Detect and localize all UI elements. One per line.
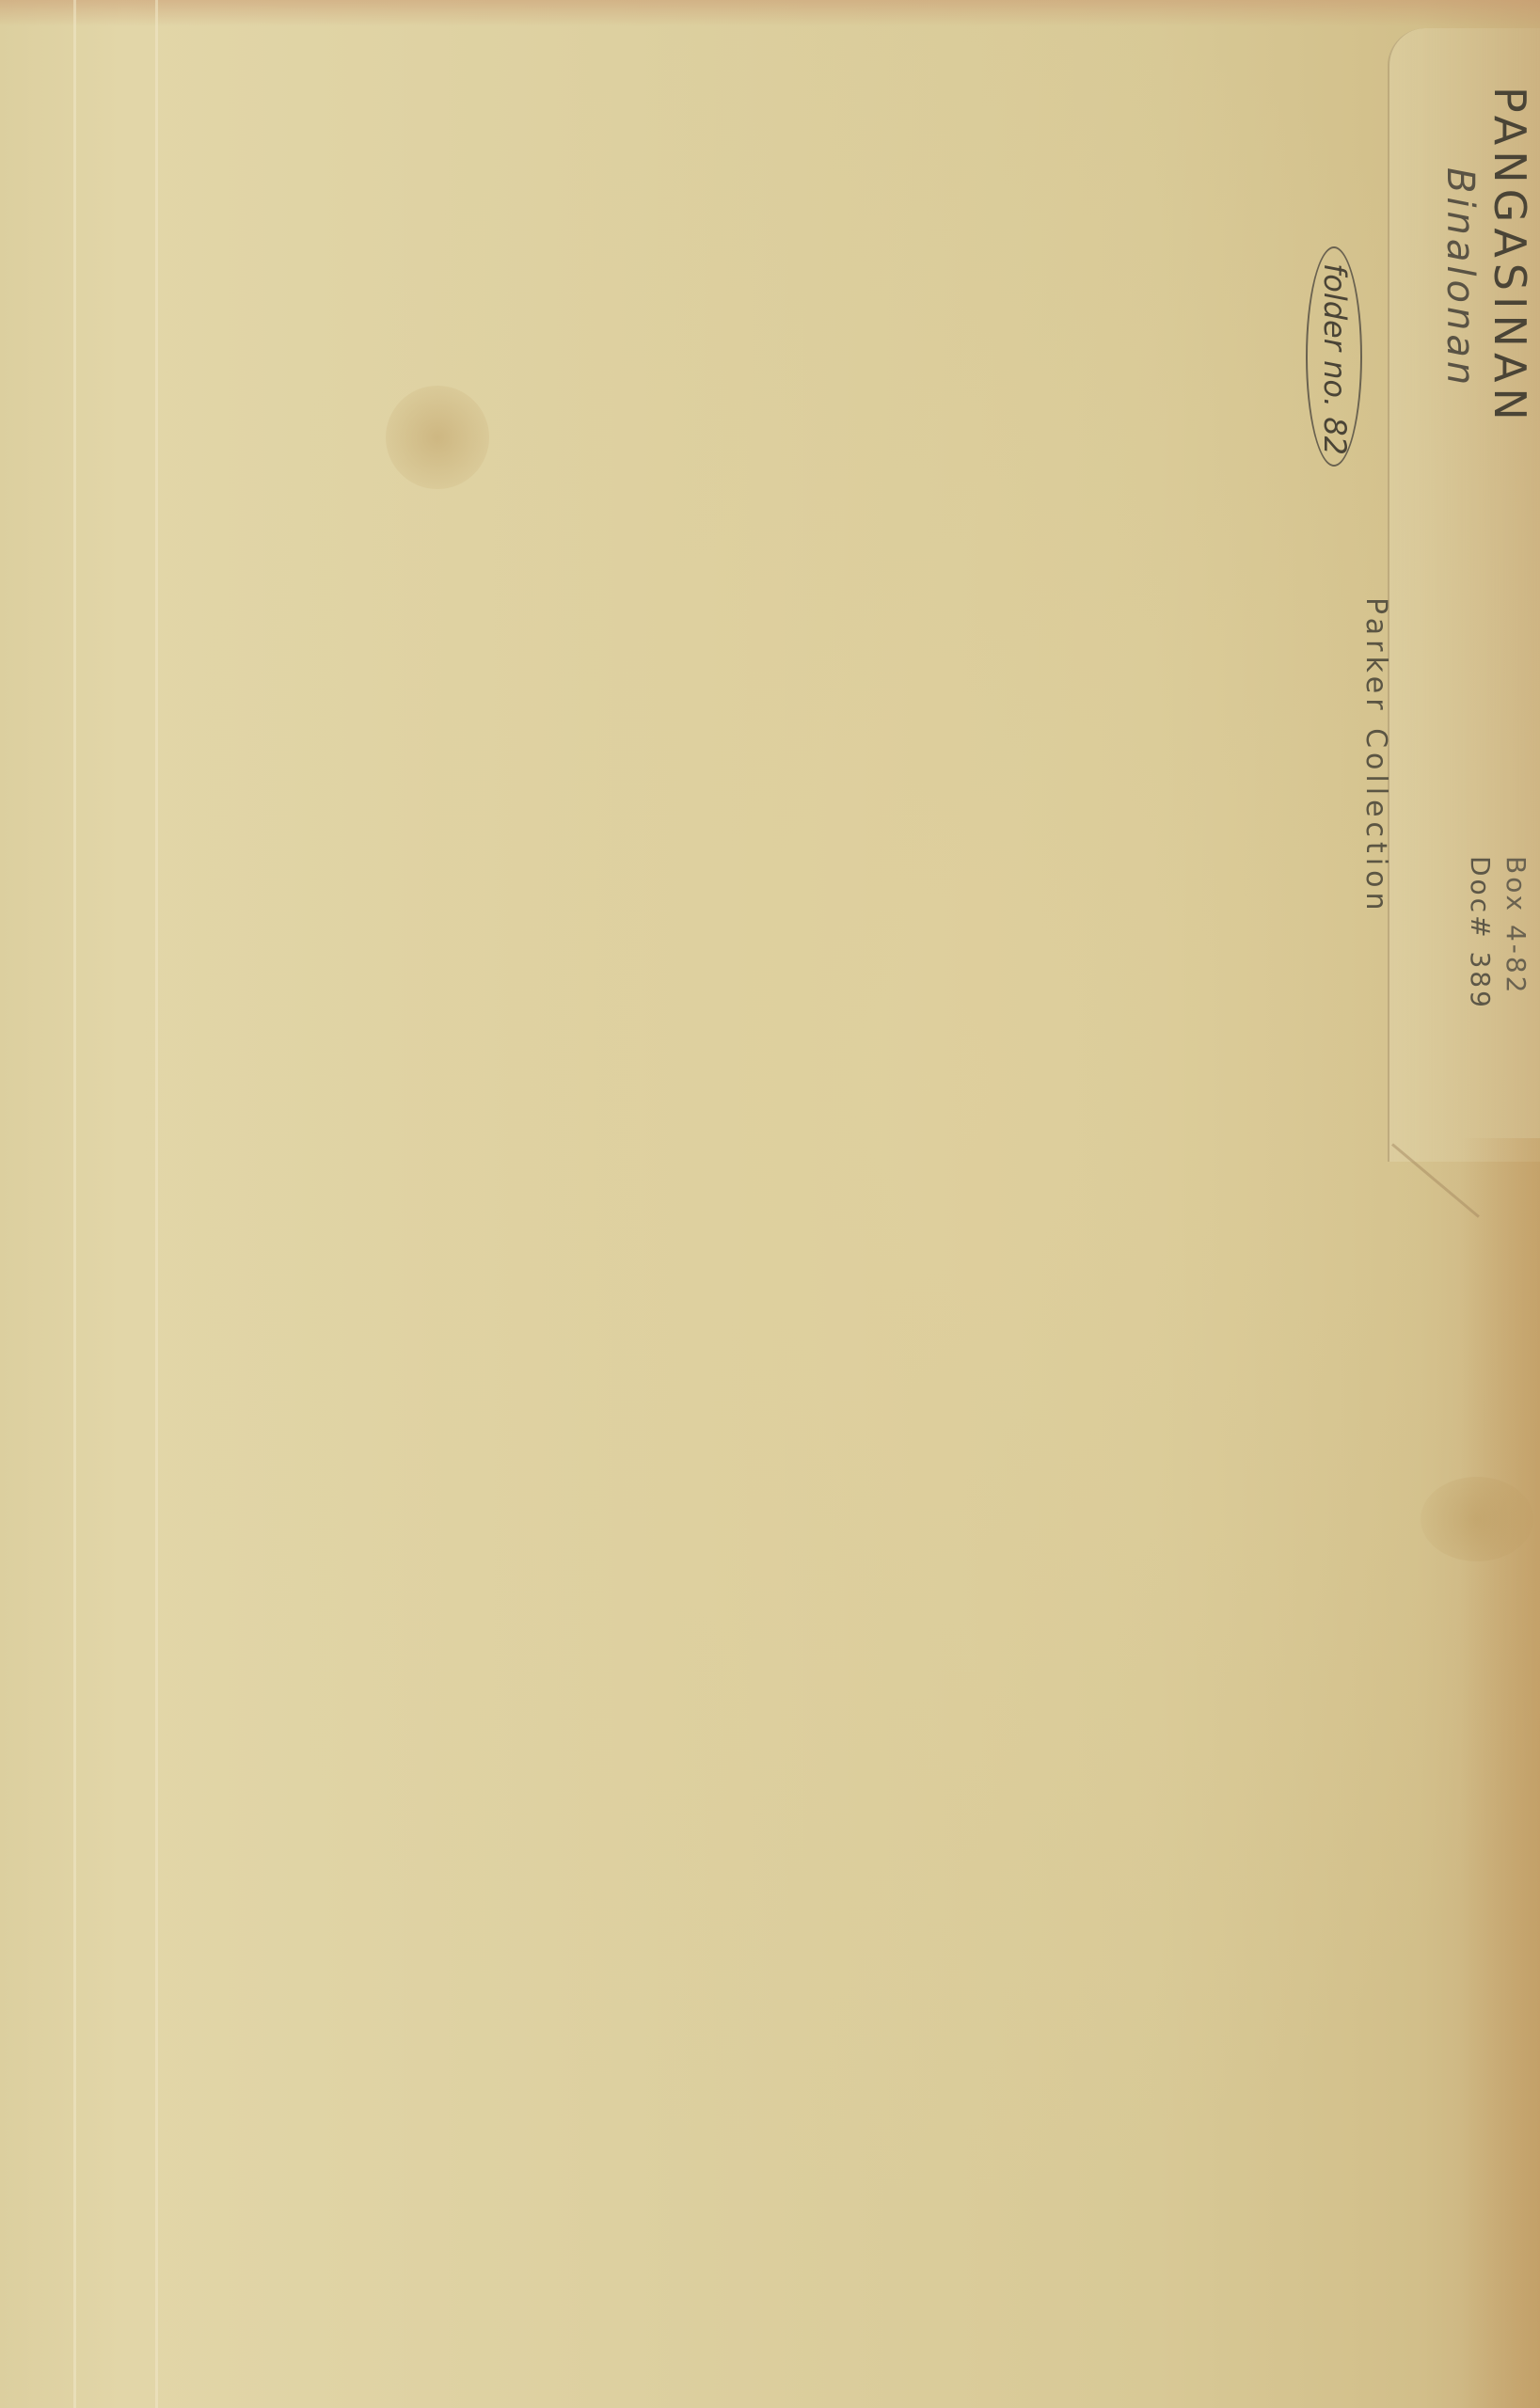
collection-label: Parker Collection xyxy=(1359,597,1392,914)
fold-crease-inner xyxy=(155,0,158,2408)
paper-stain xyxy=(1421,1477,1533,1561)
top-edge-stain xyxy=(0,0,1540,26)
doc-number-label: Doc# 389 xyxy=(1465,856,1496,1010)
folder-number-label: folder no. 82 xyxy=(1317,263,1353,455)
town-label: Binalonan xyxy=(1438,167,1482,388)
box-label: Box 4-82 xyxy=(1500,856,1532,996)
paper-stain xyxy=(386,386,489,489)
province-label: PANGASINAN xyxy=(1484,87,1535,426)
folder-cover: PANGASINAN Binalonan folder no. 82 Parke… xyxy=(0,0,1540,2408)
right-edge-discoloration xyxy=(1460,1138,1540,2408)
fold-crease-left xyxy=(73,0,76,2408)
